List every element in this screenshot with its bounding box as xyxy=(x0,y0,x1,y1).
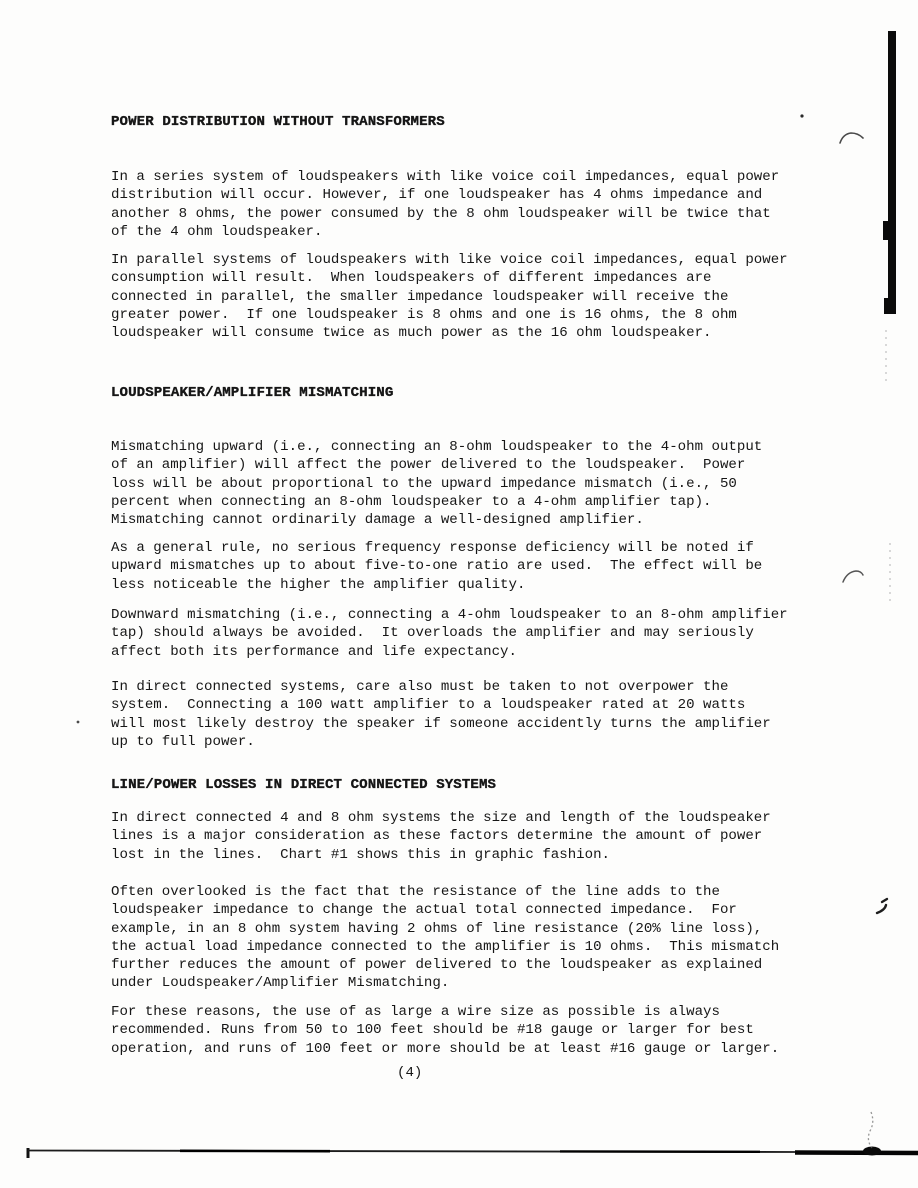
section-heading: LOUDSPEAKER/AMPLIFIER MISMATCHING xyxy=(111,384,393,402)
scan-speck-dot-artifact xyxy=(800,114,803,117)
paragraph: Often overlooked is the fact that the re… xyxy=(111,883,779,993)
paragraph: Mismatching upward (i.e., connecting an … xyxy=(111,438,762,529)
scan-margin-dot-artifact xyxy=(77,721,80,724)
section-heading: LINE/POWER LOSSES IN DIRECT CONNECTED SY… xyxy=(111,776,496,794)
paragraph: As a general rule, no serious frequency … xyxy=(111,539,762,594)
scan-curl-top-artifact xyxy=(840,133,863,143)
scan-bottom-rule-artifact xyxy=(28,1147,918,1159)
page-number: (4) xyxy=(397,1064,422,1082)
paragraph: In a series system of loudspeakers with … xyxy=(111,168,779,241)
paragraph: In direct connected 4 and 8 ohm systems … xyxy=(111,809,771,864)
paragraph: In parallel systems of loudspeakers with… xyxy=(111,251,788,342)
scan-curl-middle-artifact xyxy=(843,571,863,582)
scan-semicolon-artifact xyxy=(877,899,887,913)
scan-squiggle-bottom-artifact xyxy=(868,1112,872,1148)
scan-speck-column-artifact xyxy=(886,330,890,602)
paragraph: In direct connected systems, care also m… xyxy=(111,678,771,751)
scan-binding-bar-artifact xyxy=(883,31,896,314)
section-heading: POWER DISTRIBUTION WITHOUT TRANSFORMERS xyxy=(111,113,445,131)
paragraph: Downward mismatching (i.e., connecting a… xyxy=(111,606,788,661)
paragraph: For these reasons, the use of as large a… xyxy=(111,1003,779,1058)
document-page: POWER DISTRIBUTION WITHOUT TRANSFORMERSI… xyxy=(0,0,918,1188)
